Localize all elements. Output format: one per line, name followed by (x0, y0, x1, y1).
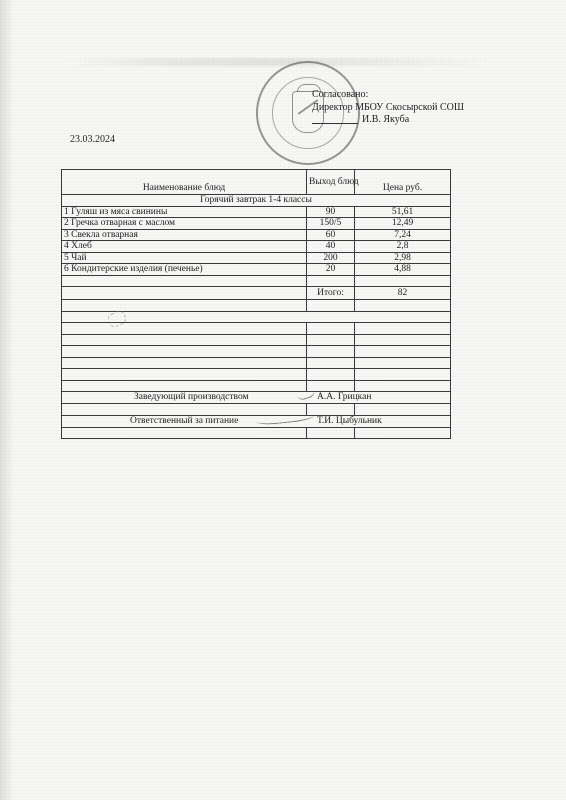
total-row: Итого: 82 (62, 287, 451, 300)
empty-row (62, 404, 451, 416)
item-price: 7,24 (355, 229, 451, 241)
approval-position: Директор МБОУ Скосырской СОШ (312, 102, 464, 115)
item-name: 3 Свекла отварная (62, 229, 307, 241)
section-title: Горячий завтрак 1-4 классы (62, 195, 451, 207)
empty-row (62, 275, 451, 287)
item-output: 150/5 (307, 218, 355, 230)
empty-row (62, 300, 451, 312)
section-row: Горячий завтрак 1-4 классы (62, 195, 451, 207)
table-row: 2 Гречка отварная с маслом 150/5 12,49 (62, 218, 451, 230)
header-output: Выход блюд (307, 170, 355, 195)
empty-row (62, 380, 451, 392)
item-price: 51,61 (355, 206, 451, 218)
item-name: 5 Чай (62, 252, 307, 264)
approval-title: Согласовано: (312, 89, 464, 102)
empty-row (62, 346, 451, 358)
table-row: 3 Свекла отварная 60 7,24 (62, 229, 451, 241)
item-price: 12,49 (355, 218, 451, 230)
item-name: 4 Хлеб (62, 241, 307, 253)
empty-row (62, 369, 451, 381)
signature-icon (312, 115, 358, 124)
header-price: Цена руб. (355, 170, 451, 195)
item-name: 1 Гуляш из мяса свинины (62, 206, 307, 218)
item-output: 20 (307, 264, 355, 276)
scan-edge-shadow (0, 0, 14, 800)
signature-row: Ответственный за питание Т.И. Цыбульник (62, 415, 451, 427)
item-output: 200 (307, 252, 355, 264)
total-label: Итого: (307, 287, 355, 300)
total-value: 82 (355, 287, 451, 300)
empty-row (62, 334, 451, 346)
header-name: Наименование блюд (62, 170, 307, 195)
table-row: 4 Хлеб 40 2,8 (62, 241, 451, 253)
signature-role: Заведующий производством (134, 392, 249, 403)
table-header-row: Наименование блюд Выход блюд Цена руб. (62, 170, 451, 195)
table-row: 6 Кондитерские изделия (печенье) 20 4,88 (62, 264, 451, 276)
show-through-text (70, 58, 490, 66)
document-date: 23.03.2024 (70, 134, 115, 145)
item-output: 40 (307, 241, 355, 253)
signature-role: Ответственный за питание (130, 416, 238, 427)
item-price: 2,98 (355, 252, 451, 264)
item-price: 4,88 (355, 264, 451, 276)
table-row: 1 Гуляш из мяса свинины 90 51,61 (62, 206, 451, 218)
approval-block: Согласовано: Директор МБОУ Скосырской СО… (312, 89, 464, 127)
item-output: 60 (307, 229, 355, 241)
item-name: 6 Кондитерские изделия (печенье) (62, 264, 307, 276)
empty-row (62, 427, 451, 439)
signature-name: Т.И. Цыбульник (317, 416, 382, 427)
item-output: 90 (307, 206, 355, 218)
empty-row (62, 357, 451, 369)
menu-table: Наименование блюд Выход блюд Цена руб. Г… (61, 169, 451, 439)
approval-signatory: И.В. Якуба (362, 114, 409, 125)
table-row: 5 Чай 200 2,98 (62, 252, 451, 264)
item-name: 2 Гречка отварная с маслом (62, 218, 307, 230)
item-price: 2,8 (355, 241, 451, 253)
signature-row: Заведующий производством А.А. Грицкан (62, 392, 451, 404)
approval-signature-line: И.В. Якуба (312, 114, 464, 127)
signature-name: А.А. Грицкан (317, 392, 371, 403)
